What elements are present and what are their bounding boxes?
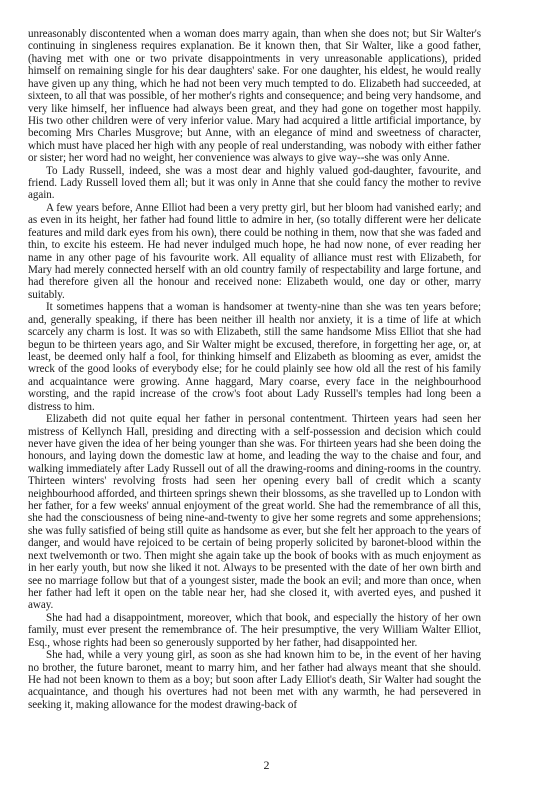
paragraph: unreasonably discontented when a woman d… <box>28 28 481 165</box>
document-page: unreasonably discontented when a woman d… <box>28 28 481 711</box>
paragraph: A few years before, Anne Elliot had been… <box>28 202 481 301</box>
paragraph: To Lady Russell, indeed, she was a most … <box>28 165 481 202</box>
paragraph: It sometimes happens that a woman is han… <box>28 301 481 413</box>
paragraph: Elizabeth did not quite equal her father… <box>28 413 481 612</box>
page-number: 2 <box>0 758 533 773</box>
paragraph: She had, while a very young girl, as soo… <box>28 649 481 711</box>
paragraph: She had had a disappointment, moreover, … <box>28 612 481 649</box>
